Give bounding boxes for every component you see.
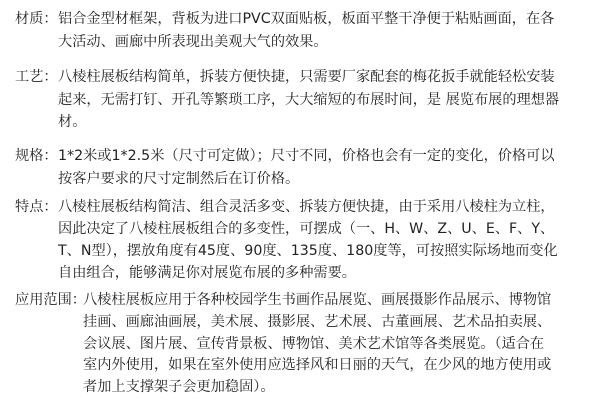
section-line: 者加上支撑架子会更加稳固）。: [83, 376, 275, 399]
section-label: 材质：: [15, 8, 58, 31]
section-line: 挂画、画廊油画展，美术展、摄影展、艺术展、古董画展、艺术品拍卖展、: [83, 311, 551, 334]
section-label: 应用范围：: [15, 289, 86, 312]
section-line: 自由组合，能够满足你对展览布展的多种需要。: [58, 262, 356, 285]
section-line: 因此决定了八棱柱展板组合的多变性，可摆成（一、H、W、Z、U、E、F、Y、: [58, 218, 554, 241]
section-line: 八棱柱展板结构简洁、组合灵活多变、拆装方便快捷，由于采用八棱柱为立柱，: [58, 196, 555, 219]
section-line: 1*2米或1*2.5米（尺寸可定做）；尺寸不同，价格也会有一定的变化，价格可以: [58, 145, 555, 168]
section-line: 八棱柱展板结构简单，拆装方便快捷，只需要厂家配套的梅花扳手就能轻松安装: [58, 66, 555, 89]
section-line: 按客户要求的尺寸定制然后在订价格。: [58, 168, 299, 191]
section-label: 工艺：: [15, 66, 58, 89]
section-label: 特点：: [15, 196, 58, 219]
section-line: 铝合金型材框架，背板为进口PVC双面贴板，板面平整干净便于粘贴画面，在各: [58, 8, 554, 31]
section-line: 八棱柱展板应用于各种校园学生书画作品展览、画展摄影作品展示、博物馆: [83, 289, 551, 312]
section-line: T、N型），摆放角度有45度、90度、135度、180度等，可按照实际场地而变化: [58, 240, 558, 263]
section-line: 大活动、画廊中所表现出美观大气的效果。: [58, 31, 328, 54]
section-line: 室内外使用，如果在室外使用应选择风和日丽的天气，在少风的地方使用或: [83, 354, 551, 377]
section-label: 规格：: [15, 145, 58, 168]
section-line: 材。: [58, 111, 86, 134]
section-line: 起来，无需打钉、开孔等繁琐工序，大大缩短的布展时间，是 展览布展的理想器: [58, 89, 559, 112]
section-line: 会议展、图片展、宣传背景板、博物馆、美术艺术馆等各类展览。（适合在: [83, 333, 544, 356]
